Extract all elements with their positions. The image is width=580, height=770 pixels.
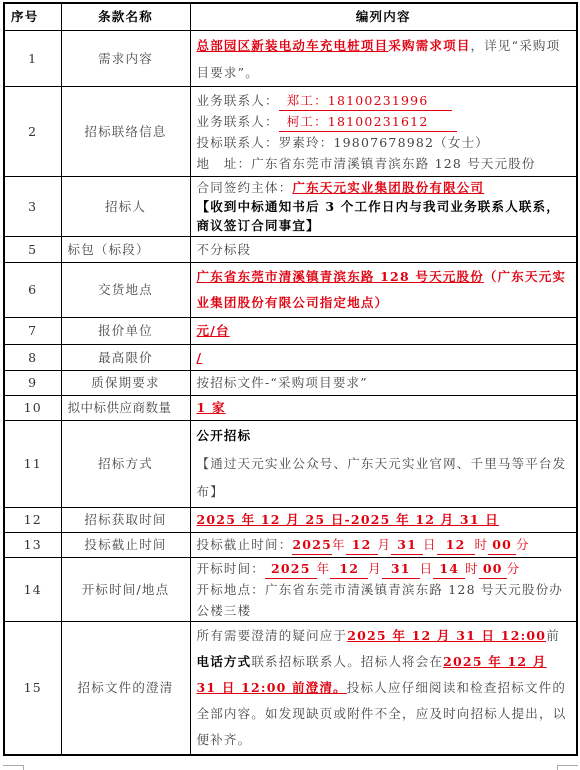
clause-name: 投标截止时间	[61, 533, 190, 558]
clause-content: 开标时间：2025年12月31日14时00分 开标地点：广东省东莞市清溪镇青滨东…	[190, 558, 577, 622]
tender-terms-table: 序号 条款名称 编列内容 1 需求内容 总部园区新装电动车充电桩项目采购需求项目…	[3, 2, 578, 756]
project-type: 采购需求项目	[388, 38, 470, 53]
row-number: 3	[4, 177, 61, 237]
clause-name: 拟中标供应商数量	[61, 396, 190, 421]
clarify-text-3: 联系招标联系人。招标人将会在	[251, 654, 443, 669]
opening-time-line: 开标时间：2025年12月31日14时00分	[197, 558, 571, 579]
row-number: 13	[4, 533, 61, 558]
opening-place: 开标地点：广东省东莞市清溪镇青滨东路 128 号天元股份办公楼三楼	[197, 579, 571, 621]
table-row: 12 招标获取时间 2025 年 12 月 25 日-2025 年 12 月 3…	[4, 508, 577, 533]
table-row: 7 报价单位 元/台	[4, 318, 577, 345]
opening-day: 31	[382, 560, 420, 579]
clause-name: 开标时间/地点	[61, 558, 190, 622]
header-content: 编列内容	[190, 3, 577, 31]
opening-minute: 00	[479, 560, 507, 579]
clause-content: 2025 年 12 月 25 日-2025 年 12 月 31 日	[190, 508, 577, 533]
row-number: 7	[4, 318, 61, 345]
opening-time-label: 开标时间：	[197, 561, 266, 576]
clause-content: 业务联系人：郑工：18100231996 业务联系人：柯工：1810023161…	[190, 87, 577, 177]
signing-entity-value: 广东天元实业集团股份有限公司	[292, 180, 484, 195]
header-clause: 条款名称	[61, 3, 190, 31]
minute-unit: 分	[516, 537, 530, 552]
deadline-month: 12	[346, 536, 378, 555]
row-number: 11	[4, 421, 61, 508]
minute-unit: 分	[507, 561, 521, 576]
day-unit: 日	[420, 561, 434, 576]
table-row: 8 最高限价 /	[4, 345, 577, 371]
contact-value: 郑工：18100231996	[279, 92, 452, 111]
opening-year: 2025	[265, 560, 317, 579]
hour-unit: 时	[475, 537, 489, 552]
contact-value: 柯工：18100231612	[279, 113, 457, 132]
clause-name: 招标获取时间	[61, 508, 190, 533]
month-unit: 月	[368, 561, 382, 576]
year-unit: 年	[332, 537, 346, 552]
table-row: 3 招标人 合同签约主体：广东天元实业集团股份有限公司 【收到中标通知书后 3 …	[4, 177, 577, 237]
table-row: 2 招标联络信息 业务联系人：郑工：18100231996 业务联系人：柯工：1…	[4, 87, 577, 177]
deadline-hour: 12	[437, 536, 475, 555]
row-number: 2	[4, 87, 61, 177]
opening-hour: 14	[433, 560, 465, 579]
row-number: 15	[4, 622, 61, 755]
contract-note: 【收到中标通知书后 3 个工作日内与我司业务联系人联系，商议签订合同事宜】	[197, 197, 571, 235]
header-row: 序号 条款名称 编列内容	[4, 3, 577, 31]
clause-name: 质保期要求	[61, 371, 190, 396]
contact-line-1: 业务联系人：郑工：18100231996	[197, 90, 571, 111]
deadline-minute: 00	[488, 536, 516, 555]
row-number: 8	[4, 345, 61, 371]
row-number: 6	[4, 263, 61, 318]
table-row: 13 投标截止时间 投标截止时间：2025年12月31日12时00分	[4, 533, 577, 558]
table-row: 5 标包（标段） 不分标段	[4, 237, 577, 263]
hour-unit: 时	[465, 561, 479, 576]
clause-content: 所有需要澄清的疑问应于2025 年 12 月 31 日 12:00前电话方式联系…	[190, 622, 577, 755]
clause-content: 总部园区新装电动车充电桩项目采购需求项目，详见“采购项目要求”。	[190, 31, 577, 87]
clause-content: 元/台	[190, 318, 577, 345]
row-number: 1	[4, 31, 61, 87]
contact-label: 业务联系人：	[197, 114, 279, 129]
clause-name: 需求内容	[61, 31, 190, 87]
deadline-day: 31	[391, 536, 423, 555]
clause-content: 1 家	[190, 396, 577, 421]
max-price: /	[197, 350, 203, 365]
clause-content: 投标截止时间：2025年12月31日12时00分	[190, 533, 577, 558]
price-unit: 元/台	[197, 323, 230, 338]
table-row: 9 质保期要求 按招标文件-“采购项目要求”	[4, 371, 577, 396]
page-corner-mark-right	[557, 765, 578, 770]
clause-name: 招标人	[61, 177, 190, 237]
table-row: 11 招标方式 公开招标 【通过天元实业公众号、广东天元实业官网、千里马等平台发…	[4, 421, 577, 508]
contact-line-2: 业务联系人：柯工：18100231612	[197, 111, 571, 132]
row-number: 10	[4, 396, 61, 421]
clause-name: 招标方式	[61, 421, 190, 508]
table-row: 6 交货地点 广东省东莞市清溪镇青滨东路 128 号天元股份（广东天元实业集团股…	[4, 263, 577, 318]
table-row: 1 需求内容 总部园区新装电动车充电桩项目采购需求项目，详见“采购项目要求”。	[4, 31, 577, 87]
row-number: 14	[4, 558, 61, 622]
supplier-count: 1 家	[197, 400, 226, 415]
table-row: 14 开标时间/地点 开标时间：2025年12月31日14时00分 开标地点：广…	[4, 558, 577, 622]
clause-content: /	[190, 345, 577, 371]
clause-content: 公开招标 【通过天元实业公众号、广东天元实业官网、千里马等平台发布】	[190, 421, 577, 508]
clause-name: 报价单位	[61, 318, 190, 345]
page-corner-mark-left	[3, 765, 24, 770]
clarify-deadline: 2025 年 12 月 31 日 12:00	[347, 628, 546, 643]
clarify-text-1: 所有需要澄清的疑问应于	[197, 628, 348, 643]
row-number: 5	[4, 237, 61, 263]
bidding-method: 公开招标	[197, 422, 571, 450]
delivery-address: 广东省东莞市清溪镇青滨东路 128 号天元股份	[197, 269, 484, 284]
clause-content: 广东省东莞市清溪镇青滨东路 128 号天元股份（广东天元实业集团股份有限公司指定…	[190, 263, 577, 318]
header-seq: 序号	[4, 3, 61, 31]
year-unit: 年	[317, 561, 331, 576]
month-unit: 月	[378, 537, 392, 552]
clause-content: 按招标文件-“采购项目要求”	[190, 371, 577, 396]
table-row: 15 招标文件的澄清 所有需要澄清的疑问应于2025 年 12 月 31 日 1…	[4, 622, 577, 755]
clause-name: 最高限价	[61, 345, 190, 371]
clause-name: 招标联络信息	[61, 87, 190, 177]
row-number: 9	[4, 371, 61, 396]
clause-content: 合同签约主体：广东天元实业集团股份有限公司 【收到中标通知书后 3 个工作日内与…	[190, 177, 577, 237]
bid-contact-line: 投标联系人：罗素玲：19807678982（女士）	[197, 132, 571, 153]
day-unit: 日	[423, 537, 437, 552]
project-name: 总部园区新装电动车充电桩项目	[197, 38, 389, 53]
publish-channels: 【通过天元实业公众号、广东天元实业官网、千里马等平台发布】	[197, 450, 571, 506]
deadline-year: 2025	[292, 536, 332, 555]
signing-entity-label: 合同签约主体：	[197, 180, 293, 195]
deadline-label: 投标截止时间：	[197, 537, 293, 552]
clause-content: 不分标段	[190, 237, 577, 263]
opening-month: 12	[330, 560, 368, 579]
clarify-text-2: 前	[546, 628, 560, 643]
row-number: 12	[4, 508, 61, 533]
signing-entity-line: 合同签约主体：广东天元实业集团股份有限公司	[197, 178, 571, 197]
contact-label: 业务联系人：	[197, 93, 279, 108]
clause-name: 招标文件的澄清	[61, 622, 190, 755]
acquisition-period: 2025 年 12 月 25 日-2025 年 12 月 31 日	[197, 512, 499, 527]
table-row: 10 拟中标供应商数量 1 家	[4, 396, 577, 421]
address-line: 地 址：广东省东莞市清溪镇青滨东路 128 号天元股份	[197, 153, 571, 174]
phone-method: 电话方式	[197, 654, 252, 669]
clause-name: 交货地点	[61, 263, 190, 318]
clause-name: 标包（标段）	[61, 237, 190, 263]
